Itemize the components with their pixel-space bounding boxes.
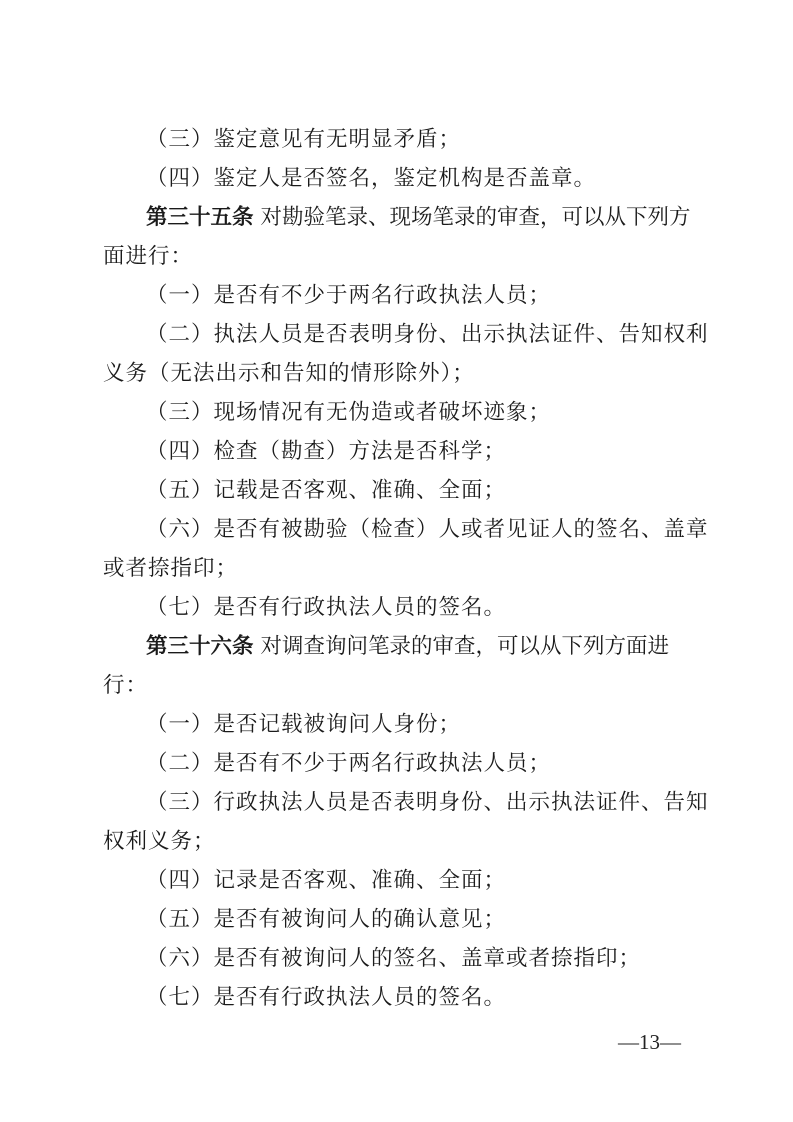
document-body: （三）鉴定意见有无明显矛盾； （四）鉴定人是否签名，鉴定机构是否盖章。 第三十五… (103, 120, 697, 1017)
doc-line: （五）记载是否客观、准确、全面； (103, 471, 697, 510)
doc-line: 面进行： (103, 237, 697, 276)
doc-line: （一）是否有不少于两名行政执法人员； (103, 276, 697, 315)
doc-line-article-36: 第三十六条对调查询问笔录的审查，可以从下列方面进 (103, 627, 697, 666)
doc-line: （四）记录是否客观、准确、全面； (103, 861, 697, 900)
doc-line: （三）行政执法人员是否表明身份、出示执法证件、告知 (103, 783, 697, 822)
doc-line: 权利义务； (103, 822, 697, 861)
article-36-number: 第三十六条 (146, 634, 254, 658)
article-35-text: 对勘验笔录、现场笔录的审查，可以从下列方 (261, 205, 691, 229)
doc-line: （四）鉴定人是否签名，鉴定机构是否盖章。 (103, 159, 697, 198)
doc-line: （一）是否记载被询问人身份； (103, 705, 697, 744)
doc-line: （七）是否有行政执法人员的签名。 (103, 588, 697, 627)
doc-line: （三）现场情况有无伪造或者破坏迹象； (103, 393, 697, 432)
doc-line: 义务（无法出示和告知的情形除外）； (103, 354, 697, 393)
doc-line: （七）是否有行政执法人员的签名。 (103, 978, 697, 1017)
doc-line: （六）是否有被询问人的签名、盖章或者捺指印； (103, 939, 697, 978)
doc-line: （四）检查（勘查）方法是否科学； (103, 432, 697, 471)
doc-line: （二）执法人员是否表明身份、出示执法证件、告知权利 (103, 315, 697, 354)
doc-line: 行： (103, 666, 697, 705)
doc-line: （六）是否有被勘验（检查）人或者见证人的签名、盖章 (103, 510, 697, 549)
article-35-number: 第三十五条 (146, 205, 254, 229)
doc-line: 或者捺指印； (103, 549, 697, 588)
doc-line: （五）是否有被询问人的确认意见； (103, 900, 697, 939)
doc-line: （三）鉴定意见有无明显矛盾； (103, 120, 697, 159)
doc-line: （二）是否有不少于两名行政执法人员； (103, 744, 697, 783)
article-36-text: 对调查询问笔录的审查，可以从下列方面进 (261, 634, 670, 658)
document-page: （三）鉴定意见有无明显矛盾； （四）鉴定人是否签名，鉴定机构是否盖章。 第三十五… (0, 0, 793, 1122)
doc-line-article-35: 第三十五条对勘验笔录、现场笔录的审查，可以从下列方 (103, 198, 697, 237)
page-number: —13— (618, 1030, 681, 1054)
